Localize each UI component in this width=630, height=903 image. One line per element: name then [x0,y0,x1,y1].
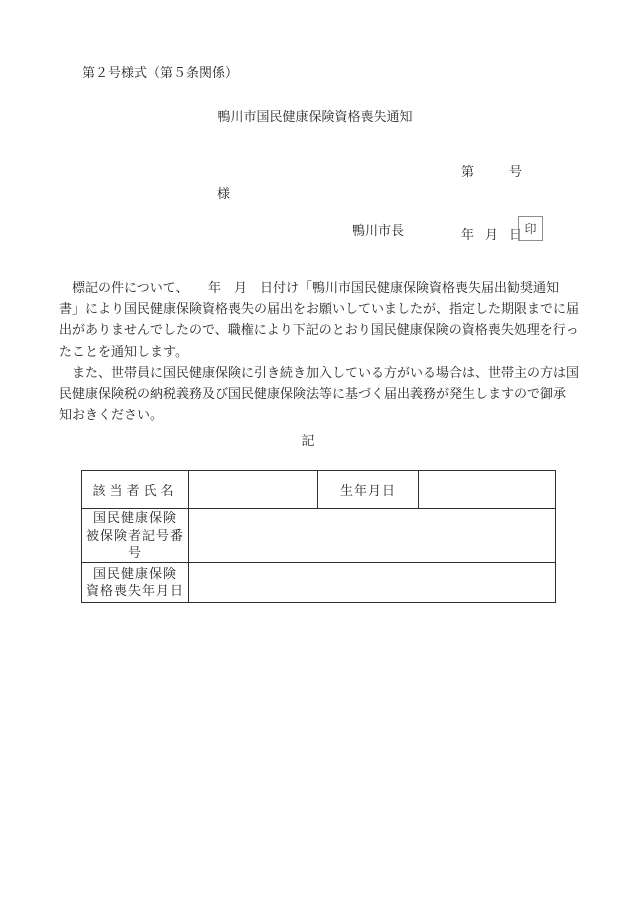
body-line-7: 知おきください。 [59,404,574,425]
document-number-block: 第 号 年 月 日 [461,119,521,287]
name-value-cell [189,471,318,509]
body-line-6: 民健康保険税の納税義務及び国民健康保険法等に基づく届出義務が発生しますので御承 [59,383,574,404]
form-table: 該当者氏名 生年月日 国民健康保険 被保険者記号番号 国民健康保険 資格喪失年月… [81,470,556,603]
loss-date-value-cell [189,562,556,602]
birth-label-cell: 生年月日 [318,471,419,509]
insured-number-value-cell [189,509,556,563]
table-row-name-birth: 該当者氏名 生年月日 [82,471,556,509]
loss-date-label-line2: 資格喪失年月日 [82,582,188,600]
loss-date-label-line1: 国民健康保険 [82,565,188,583]
insured-number-label-cell: 国民健康保険 被保険者記号番号 [82,509,189,563]
sender-name: 鴨川市長 [352,220,404,239]
document-number-line: 第 号 [461,161,521,182]
body-line-2: 書」により国民健康保険資格喪失の届出をお願いしていましたが、指定した期限までに届 [59,298,574,319]
addressee-suffix: 様 [217,183,230,202]
insured-number-label-line1: 国民健康保険 [82,509,188,527]
form-number: 第２号様式（第５条関係） [82,62,238,81]
body-line-4: たことを通知します。 [59,341,574,362]
name-label-cell: 該当者氏名 [82,471,189,509]
insured-number-label-line2: 被保険者記号番号 [82,527,188,562]
loss-date-label-cell: 国民健康保険 資格喪失年月日 [82,562,189,602]
table-row-loss-date: 国民健康保険 資格喪失年月日 [82,562,556,602]
birth-value-cell [419,471,556,509]
seal-label: 印 [524,220,536,237]
body-line-5: また、世帯員に国民健康保険に引き続き加入している方がいる場合は、世帯主の方は国 [59,362,574,383]
document-title: 鴨川市国民健康保険資格喪失通知 [0,106,630,125]
issue-date-line: 年 月 日 [461,224,521,245]
body-line-1: 標記の件について、 年 月 日付け「鴨川市国民健康保険資格喪失届出勧奨通知 [59,277,574,298]
document-page: 第２号様式（第５条関係） 鴨川市国民健康保険資格喪失通知 第 号 年 月 日 様… [0,0,630,903]
ki-marker: 記 [0,430,616,449]
table-row-insured-number: 国民健康保険 被保険者記号番号 [82,509,556,563]
seal-box: 印 [518,216,543,241]
body-paragraphs: 標記の件について、 年 月 日付け「鴨川市国民健康保険資格喪失届出勧奨通知 書」… [59,277,574,425]
body-line-3: 出がありませんでしたので、職権により下記のとおり国民健康保険の資格喪失処理を行っ [59,319,574,340]
